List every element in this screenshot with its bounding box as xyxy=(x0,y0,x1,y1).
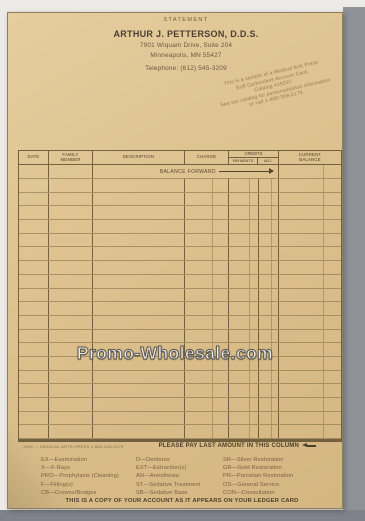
practice-name: ARTHUR J. PETTERSON, D.D.S. xyxy=(28,29,344,39)
current-balance-cell xyxy=(279,384,341,397)
payments-cell xyxy=(229,316,259,329)
description-cell xyxy=(93,302,185,315)
table-row xyxy=(19,398,341,412)
legend-item: SR—Silver Restoration xyxy=(223,456,293,464)
description-cell xyxy=(93,330,185,343)
family-member-cell xyxy=(49,412,93,425)
ledger-header-row: DATE FAMILY MEMBER DESCRIPTION CHARGE CR… xyxy=(19,151,341,165)
description-cell xyxy=(93,384,185,397)
column-header-credits-group: CREDITS PAYMENTS ADJ. xyxy=(229,151,279,164)
practice-address-line1: 7901 Wiquam Drive, Suite 204 xyxy=(28,42,344,49)
description-cell xyxy=(93,179,185,192)
charge-cell xyxy=(185,220,229,233)
payments-cell xyxy=(229,220,259,233)
family-member-cell xyxy=(49,371,93,384)
current-balance-cell xyxy=(279,371,341,384)
charge-cell xyxy=(185,371,229,384)
date-cell xyxy=(19,193,49,206)
column-header-description: DESCRIPTION xyxy=(93,151,185,164)
payments-cell xyxy=(229,330,259,343)
current-balance-cell xyxy=(279,398,341,411)
statement-ledger-card: STATEMENT ARTHUR J. PETTERSON, D.D.S. 79… xyxy=(7,12,343,509)
current-balance-cell xyxy=(279,275,341,288)
balance-forward-span: BALANCE FORWARD xyxy=(93,165,279,178)
table-row xyxy=(19,206,341,220)
table-row xyxy=(19,179,341,193)
procedure-legend-column-2: D—Dentures EXT—Extraction(s) AN—Anesthes… xyxy=(136,456,200,497)
adjustments-cell xyxy=(259,220,279,233)
date-cell xyxy=(19,275,49,288)
adjustments-cell xyxy=(259,234,279,247)
description-cell xyxy=(93,289,185,302)
description-cell xyxy=(93,220,185,233)
family-member-cell xyxy=(49,316,93,329)
balance-forward-balance-cell xyxy=(279,165,341,178)
adjustments-cell xyxy=(259,193,279,206)
ledger-table: DATE FAMILY MEMBER DESCRIPTION CHARGE CR… xyxy=(18,150,342,442)
family-member-cell xyxy=(49,247,93,260)
current-balance-cell xyxy=(279,220,341,233)
adjustments-cell xyxy=(259,261,279,274)
description-cell xyxy=(93,398,185,411)
charge-cell xyxy=(185,179,229,192)
family-member-cell xyxy=(49,234,93,247)
legend-item: OS—General Service xyxy=(223,481,293,489)
adjustments-cell xyxy=(259,206,279,219)
charge-cell xyxy=(185,412,229,425)
adjustments-cell xyxy=(259,275,279,288)
description-cell xyxy=(93,247,185,260)
legend-item: D—Dentures xyxy=(136,456,200,464)
date-cell xyxy=(19,371,49,384)
adjustments-cell xyxy=(259,371,279,384)
date-cell xyxy=(19,412,49,425)
current-balance-cell xyxy=(279,330,341,343)
payments-cell xyxy=(229,425,259,438)
payments-cell xyxy=(229,179,259,192)
family-member-cell xyxy=(49,275,93,288)
description-cell xyxy=(93,425,185,438)
current-balance-cell xyxy=(279,425,341,438)
table-row xyxy=(19,371,341,385)
balance-forward-member-cell xyxy=(49,165,93,178)
date-cell xyxy=(19,384,49,397)
table-row xyxy=(19,193,341,207)
family-member-cell xyxy=(49,289,93,302)
family-member-cell xyxy=(49,206,93,219)
ledger-body xyxy=(19,179,341,439)
pay-notice-text: PLEASE PAY LAST AMOUNT IN THIS COLUMN xyxy=(159,443,299,449)
current-balance-cell xyxy=(279,206,341,219)
description-cell xyxy=(93,275,185,288)
date-cell xyxy=(19,234,49,247)
column-header-adjustments: ADJ. xyxy=(258,158,278,165)
description-cell xyxy=(93,371,185,384)
current-balance-cell xyxy=(279,247,341,260)
description-cell xyxy=(93,412,185,425)
date-cell xyxy=(19,206,49,219)
charge-cell xyxy=(185,316,229,329)
adjustments-cell xyxy=(259,412,279,425)
current-balance-cell xyxy=(279,316,341,329)
table-row xyxy=(19,302,341,316)
adjustments-cell xyxy=(259,316,279,329)
current-balance-cell xyxy=(279,193,341,206)
adjustments-cell xyxy=(259,398,279,411)
legend-item: CON—Consultation xyxy=(223,489,293,497)
charge-cell xyxy=(185,247,229,260)
current-balance-cell xyxy=(279,302,341,315)
payments-cell xyxy=(229,193,259,206)
photo-background-bottom xyxy=(0,510,365,521)
column-header-payments: PAYMENTS xyxy=(229,158,258,165)
charge-cell xyxy=(185,302,229,315)
column-header-charge: CHARGE xyxy=(185,151,229,164)
legend-item: PR—Porcelain Restoration xyxy=(223,472,293,480)
charge-cell xyxy=(185,289,229,302)
payments-cell xyxy=(229,206,259,219)
table-row xyxy=(19,384,341,398)
family-member-cell xyxy=(49,384,93,397)
date-cell xyxy=(19,220,49,233)
date-cell xyxy=(19,398,49,411)
description-cell xyxy=(93,234,185,247)
balance-forward-label: BALANCE FORWARD xyxy=(160,169,216,175)
column-header-family-member: FAMILY MEMBER xyxy=(49,151,93,164)
payments-cell xyxy=(229,289,259,302)
current-balance-cell xyxy=(279,234,341,247)
pay-notice: PLEASE PAY LAST AMOUNT IN THIS COLUMN xyxy=(159,443,342,449)
table-row xyxy=(19,234,341,248)
payments-cell xyxy=(229,234,259,247)
payments-cell xyxy=(229,247,259,260)
description-cell xyxy=(93,206,185,219)
adjustments-cell xyxy=(259,384,279,397)
family-member-cell xyxy=(49,179,93,192)
family-member-cell xyxy=(49,193,93,206)
description-cell xyxy=(93,316,185,329)
table-row xyxy=(19,275,341,289)
table-row xyxy=(19,330,341,344)
legend-item: SB—Sedative Base xyxy=(136,489,200,497)
charge-cell xyxy=(185,330,229,343)
charge-cell xyxy=(185,206,229,219)
table-row xyxy=(19,247,341,261)
date-cell xyxy=(19,289,49,302)
charge-cell xyxy=(185,398,229,411)
legend-item: EXT—Extraction(s) xyxy=(136,464,200,472)
payments-cell xyxy=(229,261,259,274)
payments-cell xyxy=(229,371,259,384)
current-balance-cell xyxy=(279,261,341,274)
family-member-cell xyxy=(49,398,93,411)
current-balance-cell xyxy=(279,289,341,302)
current-balance-cell xyxy=(279,179,341,192)
legend-item: ST—Sedative Treatment xyxy=(136,481,200,489)
description-cell xyxy=(93,193,185,206)
adjustments-cell xyxy=(259,302,279,315)
column-header-current-balance: CURRENT BALANCE xyxy=(279,151,341,164)
balance-forward-row: BALANCE FORWARD xyxy=(19,165,341,179)
family-member-cell xyxy=(49,220,93,233)
adjustments-cell xyxy=(259,179,279,192)
date-cell xyxy=(19,261,49,274)
right-arrow-icon xyxy=(219,171,273,172)
table-row xyxy=(19,261,341,275)
date-cell xyxy=(19,302,49,315)
statement-label: STATEMENT xyxy=(28,17,344,23)
left-arrow-icon xyxy=(307,445,316,447)
payments-cell xyxy=(229,302,259,315)
table-row xyxy=(19,316,341,330)
procedure-legend-column-3: SR—Silver Restoration GR—Gold Restoratio… xyxy=(223,456,293,497)
charge-cell xyxy=(185,425,229,438)
watermark-text: Promo-Wholesale.com xyxy=(8,343,342,364)
payments-cell xyxy=(229,275,259,288)
date-cell xyxy=(19,316,49,329)
table-row xyxy=(19,220,341,234)
charge-cell xyxy=(185,234,229,247)
date-cell xyxy=(19,330,49,343)
column-header-date: DATE xyxy=(19,151,49,164)
adjustments-cell xyxy=(259,289,279,302)
description-cell xyxy=(93,261,185,274)
date-cell xyxy=(19,179,49,192)
charge-cell xyxy=(185,384,229,397)
adjustments-cell xyxy=(259,425,279,438)
legend-item: AN—Anesthesia xyxy=(136,472,200,480)
current-balance-cell xyxy=(279,412,341,425)
family-member-cell xyxy=(49,302,93,315)
payments-cell xyxy=(229,412,259,425)
adjustments-cell xyxy=(259,330,279,343)
payments-cell xyxy=(229,398,259,411)
charge-cell xyxy=(185,261,229,274)
payments-cell xyxy=(229,384,259,397)
balance-forward-date-cell xyxy=(19,165,49,178)
family-member-cell xyxy=(49,330,93,343)
charge-cell xyxy=(185,275,229,288)
credits-subcolumns: PAYMENTS ADJ. xyxy=(229,158,278,165)
legend-item: GR—Gold Restoration xyxy=(223,464,293,472)
charge-cell xyxy=(185,193,229,206)
adjustments-cell xyxy=(259,247,279,260)
table-row xyxy=(19,289,341,303)
practice-address-line2: Minneapolis, MN 55427 xyxy=(28,52,344,59)
family-member-cell xyxy=(49,261,93,274)
card-corner-fold-shadow xyxy=(8,424,80,508)
date-cell xyxy=(19,247,49,260)
